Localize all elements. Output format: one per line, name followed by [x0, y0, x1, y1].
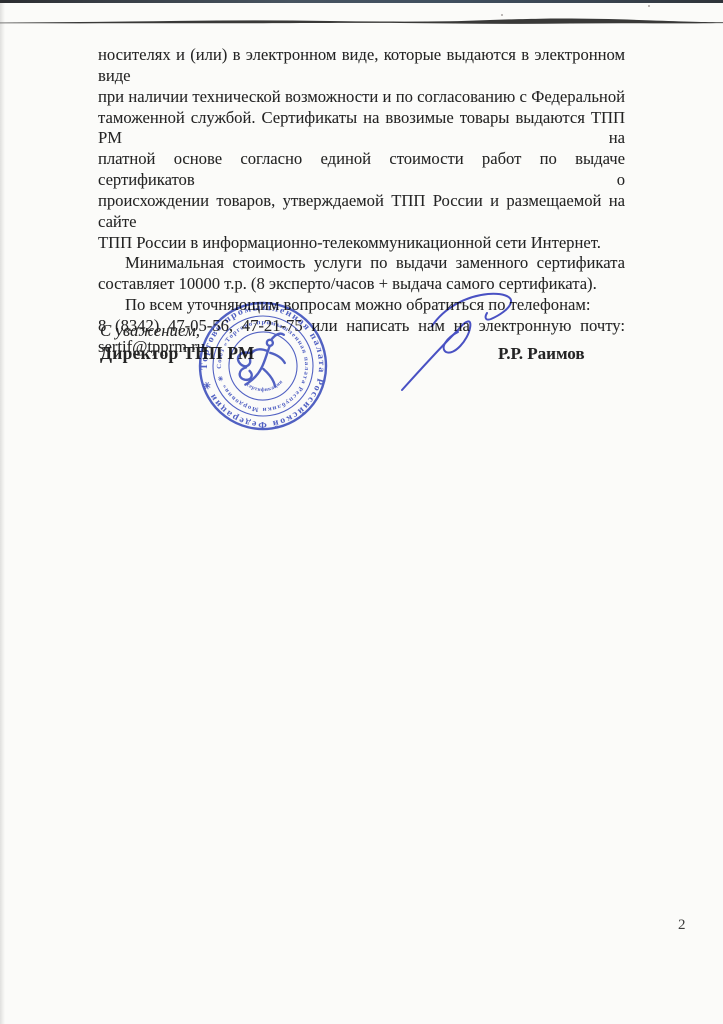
body-text-line: таможенной службой. Сертификаты на ввози…: [98, 108, 625, 150]
body-text-line: происхождении товаров, утверждаемой ТПП …: [98, 191, 625, 233]
scan-speck: [501, 14, 503, 16]
body-text-line: ТПП России в информационно-телекоммуника…: [98, 233, 625, 254]
body-text-line: По всем уточняющим вопросам можно обрати…: [98, 295, 625, 316]
body-text-line: носителях и (или) в электронном виде, ко…: [98, 45, 625, 87]
scan-speck: [648, 5, 650, 7]
page-number: 2: [678, 917, 686, 934]
scan-left-edge-shade: [0, 0, 5, 1024]
round-stamp: Торгово-промышленная палата Российской Ф…: [178, 281, 347, 450]
scanned-letter-page: носителях и (или) в электронном виде, ко…: [0, 0, 723, 1024]
handwritten-signature: [396, 282, 528, 396]
letter-body: носителях и (или) в электронном виде, ко…: [98, 45, 625, 358]
body-text-line: Минимальная стоимость услуги по выдачи з…: [98, 253, 625, 274]
body-text-line: составляет 10000 т.р. (8 эксперто/часов …: [98, 274, 625, 295]
body-text-line: платной основе согласно единой стоимости…: [98, 149, 625, 191]
body-text-line: при наличии технической возможности и по…: [98, 87, 625, 108]
scan-wavy-line-artifact: [0, 0, 723, 30]
